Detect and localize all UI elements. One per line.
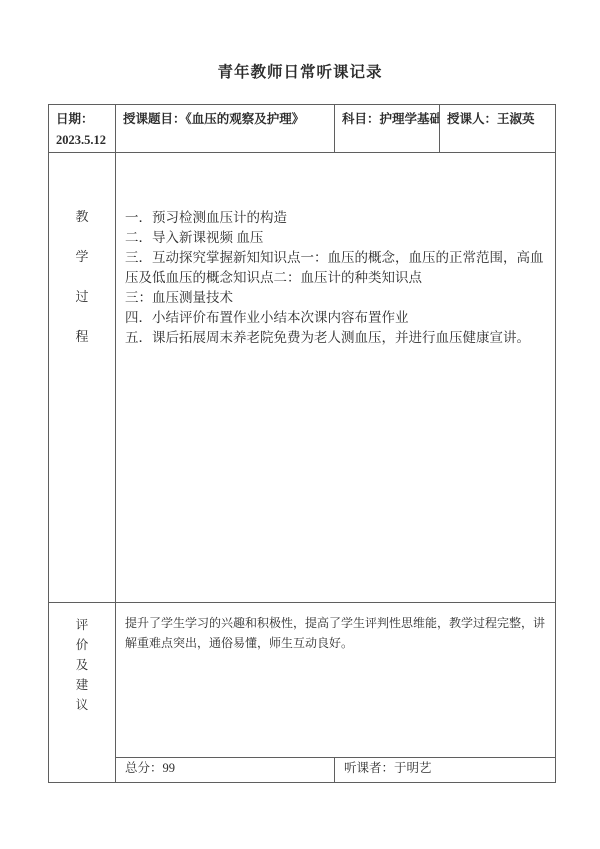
teaching-process-content-cell: 一．预习检测血压计的构造 二．导入新课视频 血压 三．互动探究掌握新知知识点一：…	[116, 153, 556, 603]
teaching-process-header-char: 程	[50, 317, 114, 357]
evaluation-header-char: 价	[50, 635, 114, 655]
topic-text: 授课题目：《血压的观察及护理》	[123, 109, 330, 130]
process-line: 五．课后拓展周末养老院免费为老人测血压，并进行血压健康宣讲。	[125, 328, 545, 348]
page-title: 青年教师日常听课记录	[0, 60, 600, 82]
observer-cell: 听课者：于明艺	[335, 758, 556, 783]
topic-cell: 授课题目：《血压的观察及护理》	[116, 105, 335, 153]
lecturer-text: 授课人：王淑英	[447, 109, 551, 130]
date-value: 2023.5.12	[56, 130, 111, 151]
observation-record-table: 日期： 2023.5.12 授课题目：《血压的观察及护理》 科目：护理学基础 授…	[48, 104, 556, 783]
evaluation-header-cell: 评 价 及 建 议	[49, 603, 116, 783]
total-score: 总分：99	[125, 758, 330, 776]
info-row: 日期： 2023.5.12 授课题目：《血压的观察及护理》 科目：护理学基础 授…	[49, 105, 556, 153]
total-score-cell: 总分：99	[116, 758, 335, 783]
evaluation-comment: 提升了学生学习的兴趣和积极性，提高了学生评判性思维能，教学过程完整，讲解重难点突…	[125, 613, 553, 653]
evaluation-header-char: 及	[50, 655, 114, 675]
observer-name: 听课者：于明艺	[344, 758, 551, 776]
teaching-process-header-char: 学	[50, 237, 114, 277]
subject-cell: 科目：护理学基础	[335, 105, 440, 153]
process-line: 三．互动探究掌握新知知识点一：血压的概念，血压的正常范围，高血压及低血压的概念知…	[125, 248, 545, 288]
process-line: 一．预习检测血压计的构造	[125, 208, 545, 228]
lecturer-cell: 授课人：王淑英	[440, 105, 556, 153]
date-label: 日期：	[56, 109, 111, 130]
process-line: 四．小结评价布置作业小结本次课内容布置作业	[125, 308, 545, 328]
evaluation-comment-cell: 提升了学生学习的兴趣和积极性，提高了学生评判性思维能，教学过程完整，讲解重难点突…	[116, 603, 556, 758]
date-cell: 日期： 2023.5.12	[49, 105, 116, 153]
teaching-process-header-cell: 教 学 过 程	[49, 153, 116, 603]
process-line: 三：血压测量技术	[125, 288, 545, 308]
evaluation-header-char: 评	[50, 615, 114, 635]
process-line: 二．导入新课视频 血压	[125, 228, 545, 248]
score-row: 总分：99 听课者：于明艺	[49, 758, 556, 783]
evaluation-row: 评 价 及 建 议 提升了学生学习的兴趣和积极性，提高了学生评判性思维能，教学过…	[49, 603, 556, 758]
evaluation-header-char: 议	[50, 695, 114, 715]
evaluation-header-char: 建	[50, 675, 114, 695]
subject-text: 科目：护理学基础	[342, 109, 435, 130]
teaching-process-row: 教 学 过 程 一．预习检测血压计的构造 二．导入新课视频 血压 三．互动探究掌…	[49, 153, 556, 603]
teaching-process-header-char: 过	[50, 277, 114, 317]
teaching-process-header-char: 教	[50, 197, 114, 237]
document-page: 青年教师日常听课记录 日期： 2023.5.12 授课题目：《血压的观察及护理》…	[0, 0, 600, 849]
